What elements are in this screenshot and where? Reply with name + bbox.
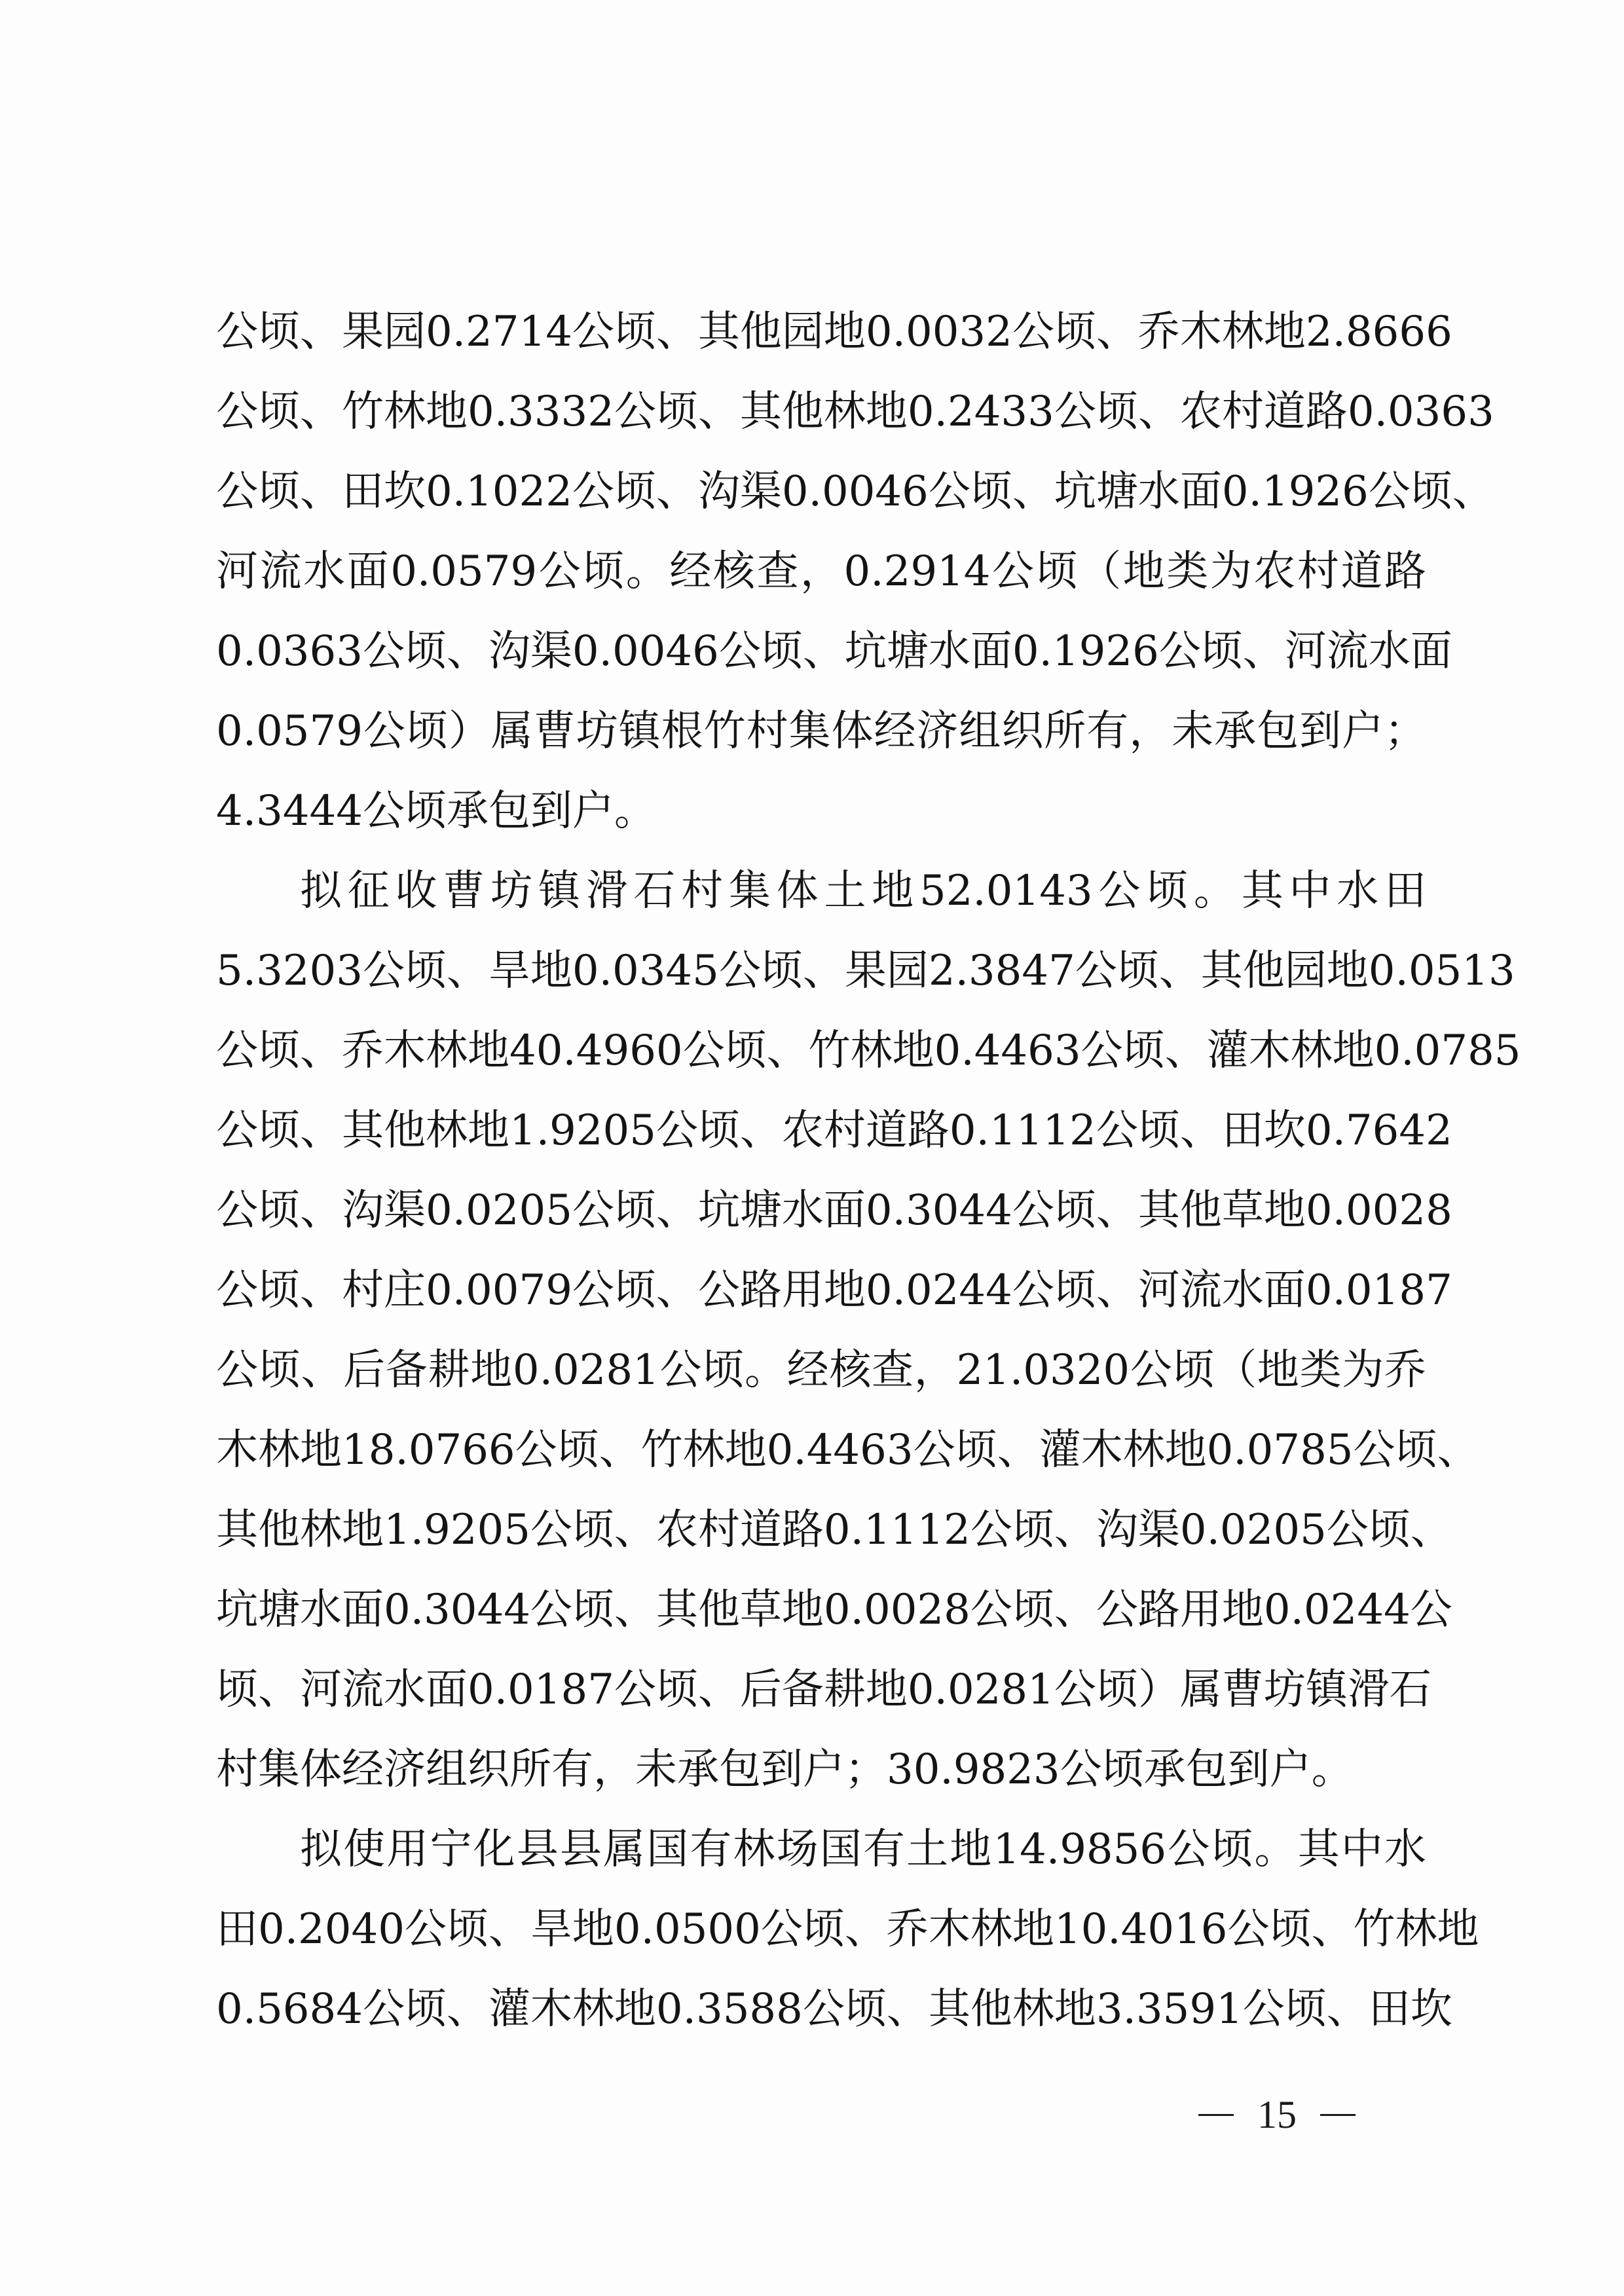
paragraph-genzhu-village-continued: 公顷、果园0.2714公顷、其他园地0.0032公顷、乔木林地2.8666 公顷…	[216, 292, 1426, 851]
paragraph-huashi-village: 拟征收曹坊镇滑石村集体土地52.0143公顷。其中水田 5.3203公顷、旱地0…	[216, 851, 1426, 1810]
text-line: 公顷、村庄0.0079公顷、公路用地0.0244公顷、河流水面0.0187	[216, 1250, 1426, 1330]
text-line: 其他林地1.9205公顷、农村道路0.1112公顷、沟渠0.0205公顷、	[216, 1490, 1426, 1570]
text-line: 木林地18.0766公顷、竹林地0.4463公顷、灌木林地0.0785公顷、	[216, 1410, 1426, 1490]
text-line: 河流水面0.0579公顷。经核查，0.2914公顷（地类为农村道路	[216, 532, 1426, 611]
text-line: 5.3203公顷、旱地0.0345公顷、果园2.3847公顷、其他园地0.051…	[216, 931, 1426, 1011]
dash-left-icon	[1198, 2114, 1234, 2116]
text-line: 公顷、其他林地1.9205公顷、农村道路0.1112公顷、田坎0.7642	[216, 1091, 1426, 1171]
text-line: 公顷、竹林地0.3332公顷、其他林地0.2433公顷、农村道路0.0363	[216, 372, 1426, 452]
document-page: 公顷、果园0.2714公顷、其他园地0.0032公顷、乔木林地2.8666 公顷…	[0, 0, 1624, 2296]
page-number-footer: 15	[1198, 2088, 1395, 2141]
text-line: 坑塘水面0.3044公顷、其他草地0.0028公顷、公路用地0.0244公	[216, 1570, 1426, 1650]
text-line: 顷、河流水面0.0187公顷、后备耕地0.0281公顷）属曹坊镇滑石	[216, 1650, 1426, 1730]
paragraph-state-forest-farm: 拟使用宁化县县属国有林场国有土地14.9856公顷。其中水 田0.2040公顷、…	[216, 1810, 1426, 2049]
text-line: 拟使用宁化县县属国有林场国有土地14.9856公顷。其中水	[216, 1810, 1426, 1889]
text-line: 0.0579公顷）属曹坊镇根竹村集体经济组织所有，未承包到户；	[216, 691, 1426, 771]
text-line: 公顷、乔木林地40.4960公顷、竹林地0.4463公顷、灌木林地0.0785	[216, 1011, 1426, 1091]
text-line: 田0.2040公顷、旱地0.0500公顷、乔木林地10.4016公顷、竹林地	[216, 1889, 1426, 1969]
text-line: 0.0363公顷、沟渠0.0046公顷、坑塘水面0.1926公顷、河流水面	[216, 611, 1426, 691]
text-line: 4.3444公顷承包到户。	[216, 771, 1426, 851]
text-line: 公顷、沟渠0.0205公顷、坑塘水面0.3044公顷、其他草地0.0028	[216, 1171, 1426, 1250]
text-line: 公顷、后备耕地0.0281公顷。经核查，21.0320公顷（地类为乔	[216, 1330, 1426, 1410]
text-line: 拟征收曹坊镇滑石村集体土地52.0143公顷。其中水田	[216, 851, 1426, 931]
body-text: 公顷、果园0.2714公顷、其他园地0.0032公顷、乔木林地2.8666 公顷…	[216, 292, 1426, 2049]
page-number: 15	[1257, 2088, 1297, 2141]
text-line: 村集体经济组织所有，未承包到户；30.9823公顷承包到户。	[216, 1730, 1426, 1810]
text-line: 公顷、田坎0.1022公顷、沟渠0.0046公顷、坑塘水面0.1926公顷、	[216, 452, 1426, 532]
text-line: 公顷、果园0.2714公顷、其他园地0.0032公顷、乔木林地2.8666	[216, 292, 1426, 372]
dash-right-icon	[1320, 2114, 1356, 2116]
text-line: 0.5684公顷、灌木林地0.3588公顷、其他林地3.3591公顷、田坎	[216, 1969, 1426, 2049]
